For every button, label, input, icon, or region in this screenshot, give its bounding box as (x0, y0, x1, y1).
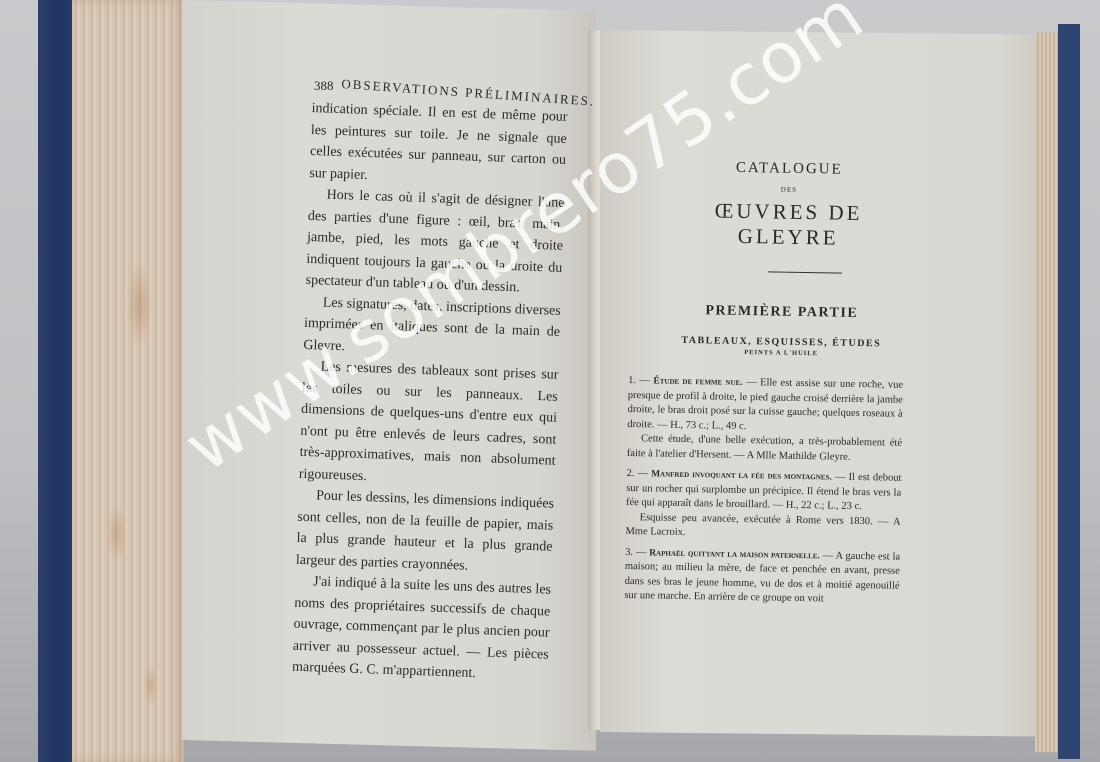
page-edges-left (72, 0, 184, 762)
entry-note: Cette étude, d'une belle exécution, a tr… (627, 432, 902, 466)
title-rule (768, 271, 842, 273)
catalogue-title-des: DES (671, 184, 906, 196)
catalogue-title-main: ŒUVRES DE GLEYRE (670, 198, 906, 252)
entry-number: 1. (628, 375, 636, 386)
catalogue-page: CATALOGUE DES ŒUVRES DE GLEYRE PREMIÈRE … (624, 158, 907, 614)
book-cover-left (38, 0, 74, 762)
page-number: 388 (314, 78, 334, 94)
part-heading: PREMIÈRE PARTIE (659, 303, 904, 323)
catalogue-entry: 3. — Raphaël quittant la maison paternel… (624, 545, 900, 608)
catalogue-entry: 1. — Étude de femme nue. — Elle est assi… (627, 374, 903, 466)
catalogue-entries: 1. — Étude de femme nue. — Elle est assi… (624, 374, 903, 608)
subsection-heading: PEINTS A L'HUILE (659, 347, 904, 358)
paragraph: Pour les dessins, les dimensions indiqué… (295, 485, 554, 580)
paragraph: J'ai indiqué à la suite les uns des autr… (292, 571, 552, 687)
book-photo: 388 OBSERVATIONS PRÉLIMINAIRES. indicati… (0, 0, 1100, 762)
entry-number: 3. (625, 546, 633, 557)
entry-note: Esquisse peu avancée, exécutée à Rome ve… (625, 510, 900, 544)
book-cover-right (1058, 24, 1080, 759)
entry-number: 2. (626, 468, 634, 479)
entry-title: Manfred invoquant la fée des montagnes. (651, 469, 832, 482)
catalogue-title: CATALOGUE (672, 159, 907, 180)
entry-title: Étude de femme nue. (653, 376, 742, 388)
catalogue-entry: 2. — Manfred invoquant la fée des montag… (625, 467, 901, 544)
entry-title: Raphaël quittant la maison paternelle. (649, 548, 820, 561)
